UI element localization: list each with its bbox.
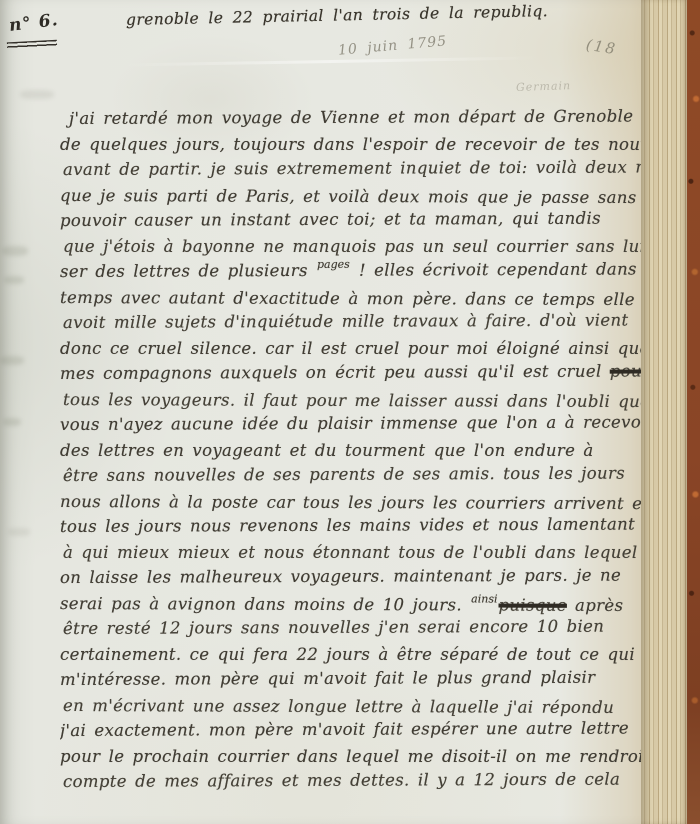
text-segment: certainement. ce qui fera 22 jours à êtr… bbox=[60, 645, 635, 664]
manuscript-line: certainement. ce qui fera 22 jours à êtr… bbox=[60, 642, 648, 668]
manuscript-line: pouvoir causer un instant avec toi; et t… bbox=[60, 205, 648, 233]
text-segment: compte de mes affaires et mes dettes. il… bbox=[63, 770, 620, 791]
text-segment: ! elles écrivoit cependant dans le même bbox=[351, 259, 648, 280]
text-segment: tous les voyageurs. il faut pour me lais… bbox=[63, 390, 648, 411]
pencil-date-annotation: 10 juin 1795 bbox=[338, 33, 448, 58]
archive-number-underline bbox=[7, 40, 57, 50]
manuscript-line: vous n'ayez aucune idée du plaisir immen… bbox=[60, 409, 648, 437]
manuscript-line: pour le prochain courrier dans lequel me… bbox=[60, 744, 648, 770]
text-segment: m'intéresse. mon père qui m'avoit fait l… bbox=[60, 668, 595, 689]
manuscript-line: être resté 12 jours sans nouvelles j'en … bbox=[60, 613, 648, 641]
text-segment: des lettres en voyageant et du tourment … bbox=[60, 441, 594, 460]
manuscript-line: mes compagnons auxquels on écrit peu aus… bbox=[60, 358, 648, 386]
manuscript-line: ser des lettres de plusieurs pages ! ell… bbox=[60, 256, 648, 284]
book-binding bbox=[687, 0, 700, 824]
bleed-through-mark bbox=[0, 356, 24, 365]
manuscript-line: donc ce cruel silence. car il est cruel … bbox=[60, 336, 648, 362]
manuscript-line: avoit mille sujets d'inquiétude mille tr… bbox=[60, 307, 648, 335]
struck-out-word: puisque bbox=[498, 595, 566, 614]
manuscript-line: compte de mes affaires et mes dettes. il… bbox=[60, 766, 648, 794]
text-segment: ser des lettres de plusieurs bbox=[60, 261, 316, 281]
text-segment: vous n'ayez aucune idée du plaisir immen… bbox=[60, 412, 648, 434]
text-segment: tous les jours nous revenons les mains v… bbox=[60, 514, 635, 536]
text-segment: en m'écrivant une assez longue lettre à … bbox=[63, 696, 614, 717]
text-segment: nous allons à la poste car tous les jour… bbox=[60, 492, 648, 513]
text-segment: pouvoir causer un instant avec toi; et t… bbox=[60, 209, 601, 230]
text-segment: être resté 12 jours sans nouvelles j'en … bbox=[63, 617, 604, 638]
book-page-edges bbox=[641, 0, 687, 824]
bleed-through-mark bbox=[3, 418, 21, 426]
text-segment: avant de partir. je suis extremement inq… bbox=[63, 157, 648, 179]
manuscript-line: des lettres en voyageant et du tourment … bbox=[60, 438, 648, 464]
text-segment: donc ce cruel silence. car il est cruel … bbox=[60, 339, 648, 358]
manuscript-line: que j'étois à bayonne ne manquois pas un… bbox=[60, 234, 648, 260]
paper-crease bbox=[120, 56, 540, 66]
manuscript-line: avant de partir. je suis extremement inq… bbox=[60, 154, 648, 182]
text-segment: de quelques jours, toujours dans l'espoi… bbox=[60, 135, 648, 154]
text-segment: on laisse les malheureux voyageurs. main… bbox=[60, 566, 621, 587]
text-segment: pour le prochain courrier dans lequel me… bbox=[60, 747, 648, 766]
manuscript-line: on laisse les malheureux voyageurs. main… bbox=[60, 562, 648, 590]
manuscript-line: de quelques jours, toujours dans l'espoi… bbox=[60, 132, 648, 158]
interline-correction: ainsi bbox=[471, 592, 497, 605]
manuscript-line: tous les jours nous revenons les mains v… bbox=[60, 511, 648, 539]
manuscript-page-scan: n° 6. grenoble le 22 prairial l'an trois… bbox=[0, 0, 700, 824]
manuscript-line: j'ai retardé mon voyage de Vienne et mon… bbox=[60, 106, 648, 131]
bleed-through-mark bbox=[20, 90, 54, 99]
bleed-through-mark bbox=[4, 276, 24, 284]
text-segment: que j'étois à bayonne ne manquois pas un… bbox=[63, 237, 648, 256]
bleed-through-mark bbox=[8, 528, 30, 536]
text-segment: que je suis parti de Paris, et voilà deu… bbox=[60, 186, 637, 207]
dateline: grenoble le 22 prairial l'an trois de la… bbox=[126, 1, 596, 29]
text-segment: après bbox=[567, 595, 624, 614]
folio-number: (18 bbox=[585, 36, 618, 59]
text-segment: avoit mille sujets d'inquiétude mille tr… bbox=[63, 311, 628, 332]
text-segment: serai pas à avignon dans moins de 10 jou… bbox=[60, 594, 470, 614]
text-segment: à qui mieux mieux et nous étonnant tous … bbox=[63, 543, 638, 562]
manuscript-line: être sans nouvelles de ses parents de se… bbox=[60, 460, 648, 488]
faint-pencil-note: Germain bbox=[516, 79, 572, 94]
manuscript-body: j'ai retardé mon voyage de Vienne et mon… bbox=[60, 106, 648, 806]
bleed-through-mark bbox=[2, 246, 28, 256]
text-segment: j'ai retardé mon voyage de Vienne et mon… bbox=[69, 106, 633, 127]
archive-number: n° 6. bbox=[8, 10, 60, 36]
text-segment: temps avec autant d'exactitude à mon pèr… bbox=[60, 288, 635, 309]
interline-correction: pages bbox=[317, 258, 350, 271]
text-segment: être sans nouvelles de ses parents de se… bbox=[63, 464, 625, 485]
text-segment: mes compagnons auxquels on écrit peu aus… bbox=[60, 362, 610, 383]
manuscript-line: m'intéresse. mon père qui m'avoit fait l… bbox=[60, 664, 648, 692]
manuscript-line: j'ai exactement. mon père m'avoit fait e… bbox=[60, 715, 648, 743]
manuscript-line: à qui mieux mieux et nous étonnant tous … bbox=[60, 540, 648, 566]
text-segment: j'ai exactement. mon père m'avoit fait e… bbox=[60, 719, 629, 740]
